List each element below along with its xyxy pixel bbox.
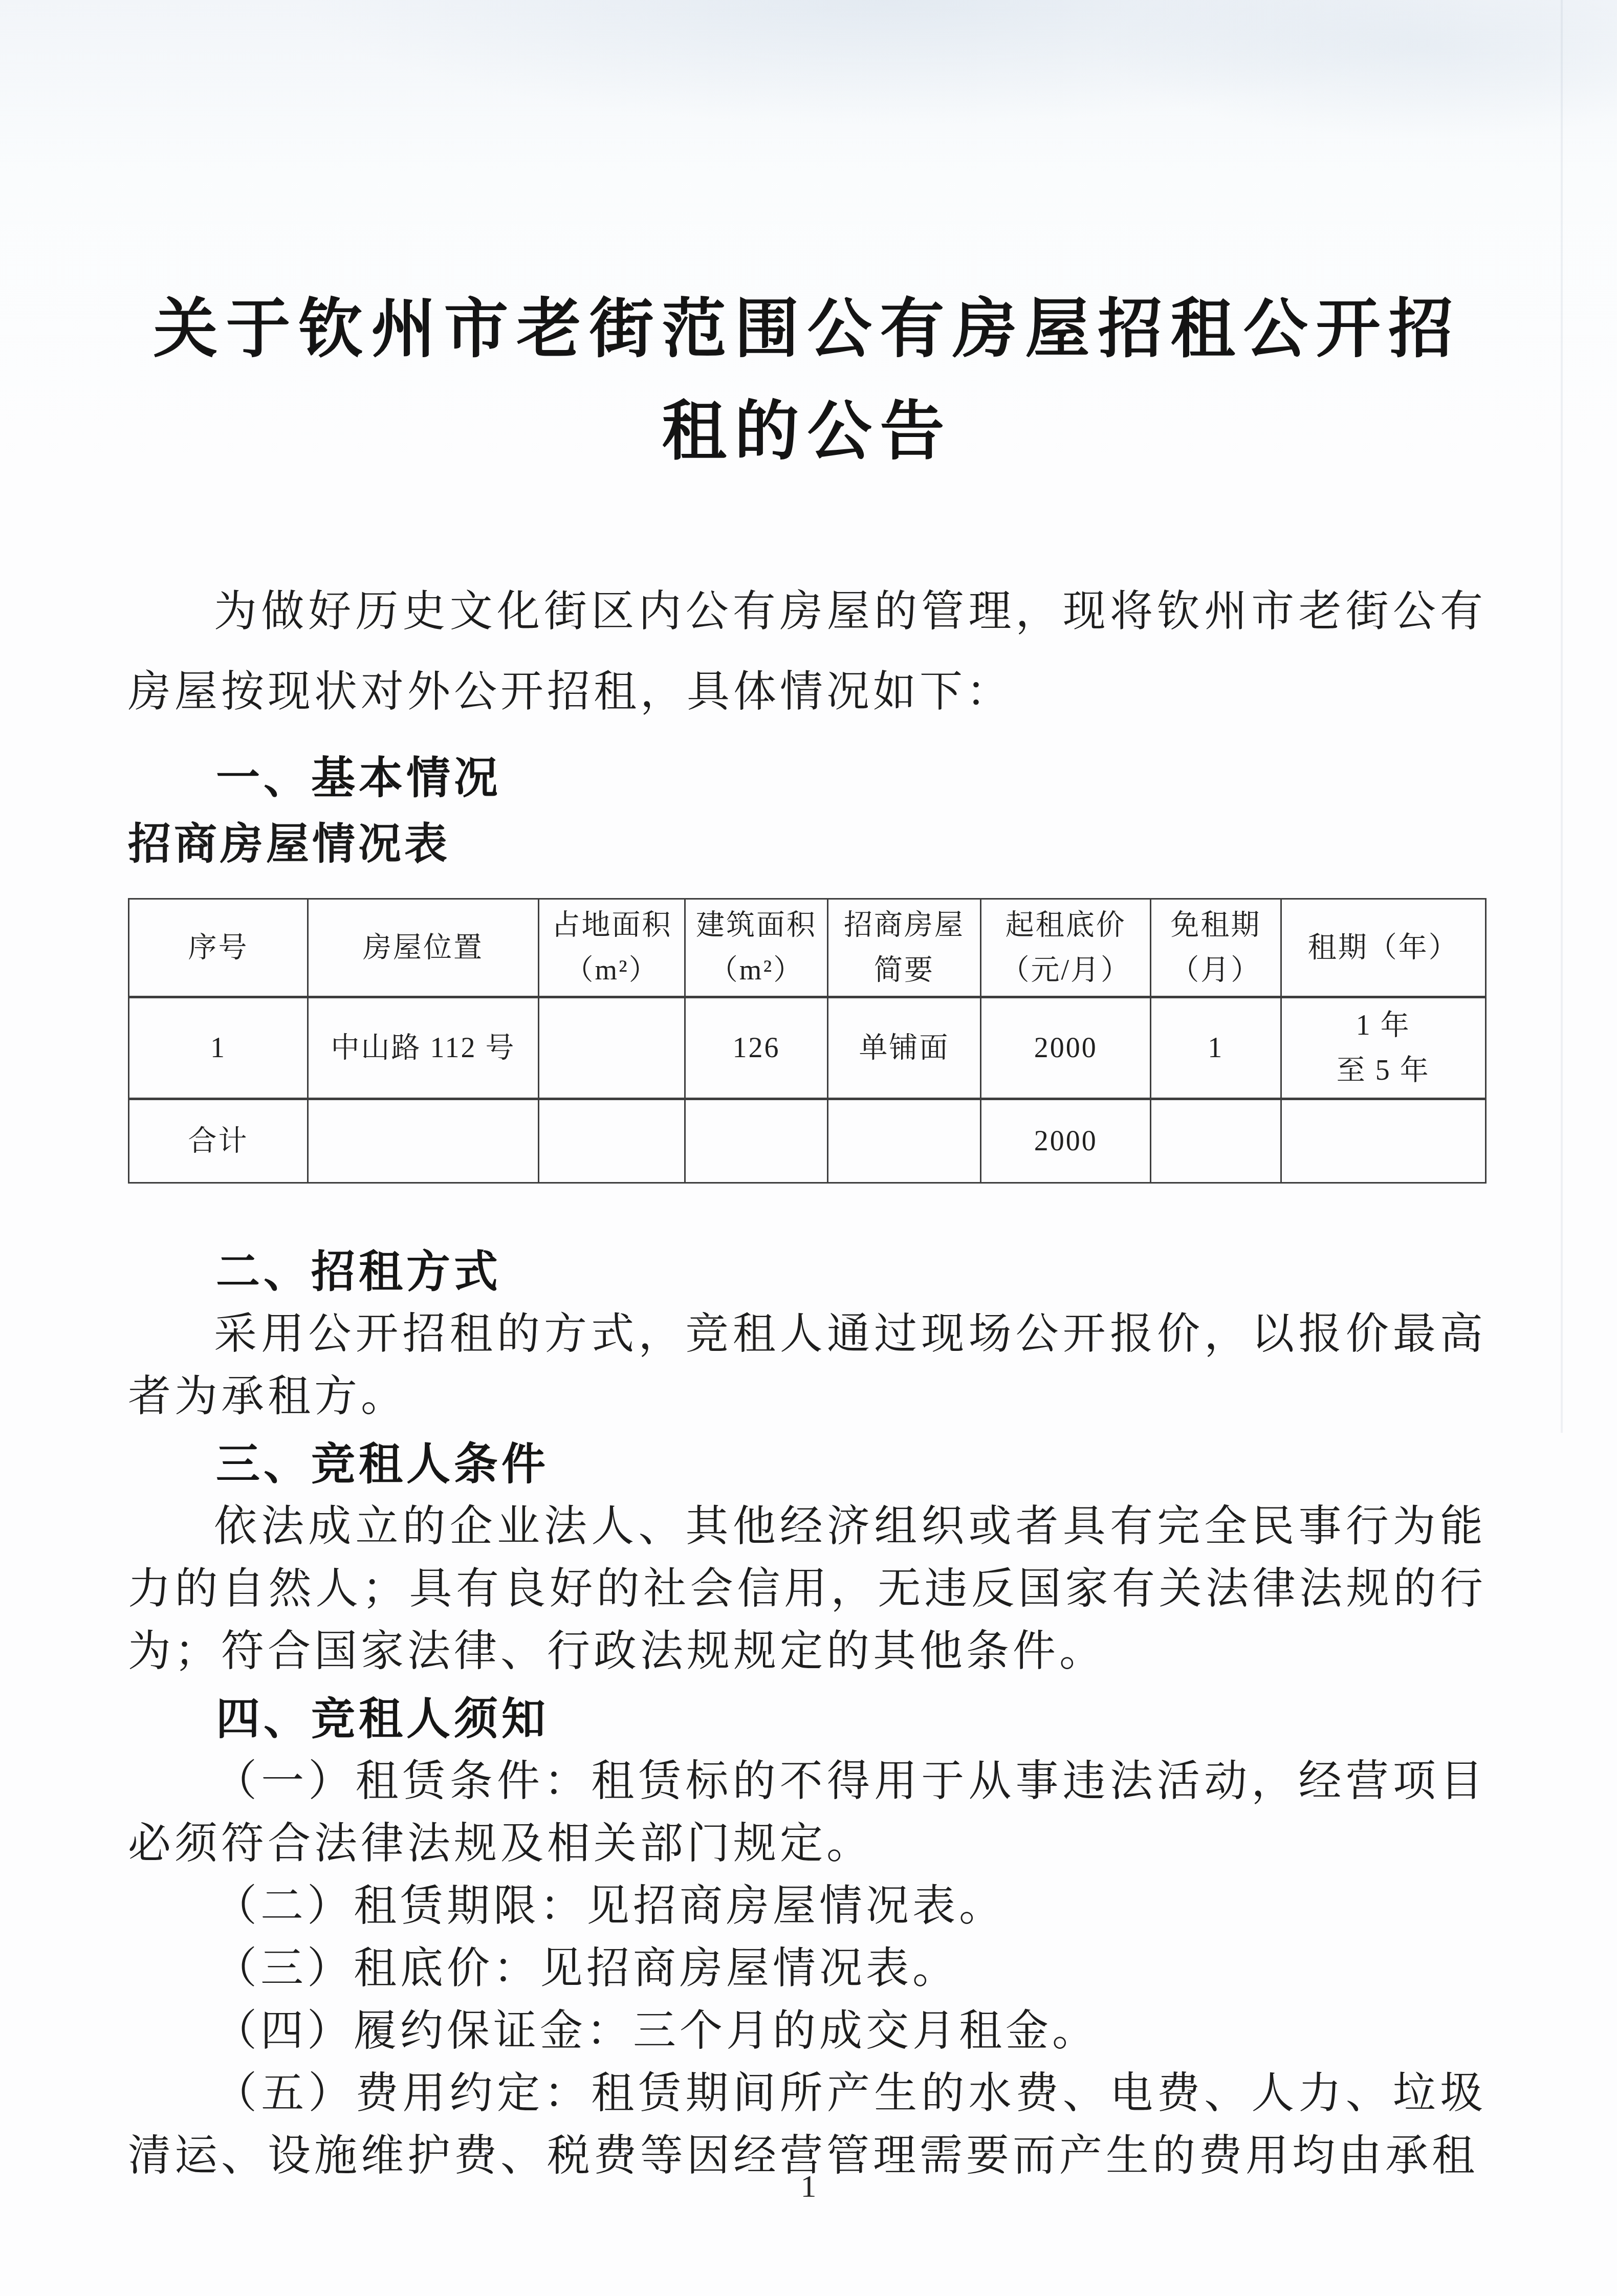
table-row: 1 中山路 112 号 126 单铺面 2000 1 1 年 至 5 年	[129, 997, 1486, 1099]
header-seq: 序号	[129, 899, 308, 997]
page-content: 关于钦州市老街范围公有房屋招租公开招 租的公告 为做好历史文化街区内公有房屋的管…	[0, 0, 1617, 2188]
document-title: 关于钦州市老街范围公有房屋招租公开招 租的公告	[128, 0, 1487, 484]
section-4-heading: 四、竞租人须知	[128, 1688, 1487, 1751]
header-term: 租期（年）	[1281, 899, 1486, 997]
scanned-page: 关于钦州市老街范围公有房屋招租公开招 租的公告 为做好历史文化街区内公有房屋的管…	[0, 0, 1617, 2296]
housing-table: 序号 房屋位置 占地面积（m²） 建筑面积（m²） 招商房屋简要 起租底价（元/…	[128, 898, 1487, 1184]
total-building-area	[685, 1099, 827, 1183]
cell-land-area	[538, 997, 685, 1099]
document-title-line2: 租的公告	[662, 397, 953, 468]
cell-location: 中山路 112 号	[308, 997, 539, 1099]
total-term	[1281, 1099, 1486, 1183]
cell-rent-free: 1	[1150, 997, 1281, 1099]
header-brief: 招商房屋简要	[827, 899, 981, 997]
section-4-item-1: （一）租赁条件：租赁标的不得用于从事违法活动，经营项目必须符合法律法规及相关部门…	[128, 1751, 1487, 1875]
cell-building-area: 126	[685, 997, 827, 1099]
section-4-item-2: （二）租赁期限：见招商房屋情况表。	[128, 1875, 1487, 1938]
cell-brief: 单铺面	[827, 997, 981, 1099]
intro-paragraph: 为做好历史文化街区内公有房屋的管理，现将钦州市老街公有房屋按现状对外公开招租，具…	[128, 572, 1487, 732]
page-number: 1	[0, 2169, 1617, 2205]
table-header-row: 序号 房屋位置 占地面积（m²） 建筑面积（m²） 招商房屋简要 起租底价（元/…	[129, 899, 1486, 997]
section-2-heading: 二、招租方式	[128, 1241, 1487, 1303]
section-3-body: 依法成立的企业法人、其他经济组织或者具有完全民事行为能力的自然人；具有良好的社会…	[128, 1496, 1487, 1683]
total-location	[308, 1099, 539, 1183]
total-base-price: 2000	[981, 1099, 1151, 1183]
header-building-area: 建筑面积（m²）	[685, 899, 827, 997]
header-rent-free: 免租期（月）	[1150, 899, 1281, 997]
section-4-item-3: （三）租底价：见招商房屋情况表。	[128, 1938, 1487, 2000]
header-location: 房屋位置	[308, 899, 539, 997]
section-4-item-4: （四）履约保证金：三个月的成交月租金。	[128, 2000, 1487, 2063]
total-rent-free	[1150, 1099, 1281, 1183]
total-brief	[827, 1099, 981, 1183]
cell-base-price: 2000	[981, 997, 1151, 1099]
header-base-price: 起租底价（元/月）	[981, 899, 1151, 997]
section-1-heading: 一、基本情况	[128, 746, 1487, 811]
table-caption: 招商房屋情况表	[128, 811, 1487, 879]
total-label: 合计	[129, 1099, 308, 1183]
cell-term: 1 年 至 5 年	[1281, 997, 1486, 1099]
total-land-area	[538, 1099, 685, 1183]
cell-seq: 1	[129, 997, 308, 1099]
table-total-row: 合计 2000	[129, 1099, 1486, 1183]
header-land-area: 占地面积（m²）	[538, 899, 685, 997]
section-3-heading: 三、竞租人条件	[128, 1433, 1487, 1496]
section-2-body: 采用公开招租的方式，竞租人通过现场公开报价，以报价最高者为承租方。	[128, 1303, 1487, 1428]
document-title-line1: 关于钦州市老街范围公有房屋招租公开招	[154, 294, 1461, 365]
